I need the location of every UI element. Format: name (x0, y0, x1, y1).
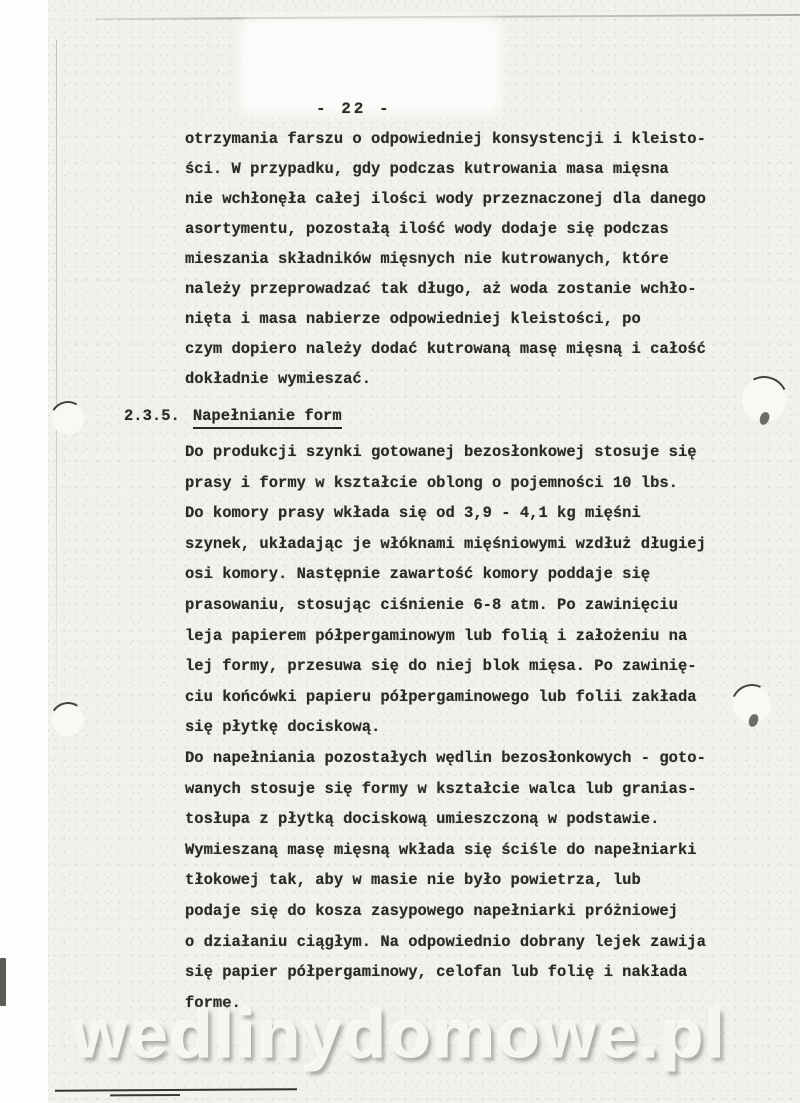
paragraph-continued: otrzymania farszu o odpowiedniej konsyst… (185, 124, 730, 394)
section-heading: 2.3.5.Napełnianie form (124, 407, 342, 425)
section-number: 2.3.5. (124, 407, 180, 425)
scanned-document-page: - 22 - otrzymania farszu o odpowiedniej … (0, 0, 800, 1103)
paragraph-line: ciu końcówki papieru półpergaminowego lu… (185, 682, 730, 713)
paper-edge-shadow (56, 40, 57, 760)
punch-hole-right-bottom (733, 686, 771, 724)
paragraph-line: nięta i masa nabierze odpowiedniej kleis… (185, 304, 730, 334)
section-title: Napełnianie form (193, 407, 342, 429)
paragraph-section-body: Do produkcji szynki gotowanej bezosłonko… (185, 437, 730, 1018)
paragraph-line: leja papierem półpergaminowym lub folią … (185, 621, 730, 652)
paragraph-line: osi komory. Następnie zawartość komory p… (185, 559, 730, 590)
paragraph-line: Do komory prasy wkłada się od 3,9 - 4,1 … (185, 498, 730, 529)
paragraph-line: się płytkę dociskową. (185, 712, 730, 743)
page-number: - 22 - (316, 100, 392, 118)
paragraph-line: o działaniu ciągłym. Na odpowiednio dobr… (185, 927, 730, 958)
paragraph-line: wanych stosuje się formy w kształcie wal… (185, 774, 730, 805)
paragraph-line: czym dopiero należy dodać kutrowaną masę… (185, 334, 730, 364)
paragraph-line: podaje się do kosza zasypowego napełniar… (185, 896, 730, 927)
whiteout-patch (248, 26, 493, 106)
punch-hole-left-top (52, 403, 84, 435)
paragraph-line: asortymentu, pozostałą ilość wody dodaje… (185, 214, 730, 244)
paragraph-line: prasy i formy w kształcie oblong o pojem… (185, 468, 730, 499)
paragraph-line: Do produkcji szynki gotowanej bezosłonko… (185, 437, 730, 468)
punch-hole-right-top (742, 378, 786, 422)
paragraph-line: ści. W przypadku, gdy podczas kutrowania… (185, 154, 730, 184)
punch-hole-left-bottom (52, 704, 84, 736)
paragraph-line: szynek, układając je włóknami mięśniowym… (185, 529, 730, 560)
paragraph-line: otrzymania farszu o odpowiedniej konsyst… (185, 124, 730, 154)
paragraph-line: dokładnie wymieszać. (185, 364, 730, 394)
paragraph-line: tosłupa z płytką dociskową umieszczoną w… (185, 804, 730, 835)
paragraph-line: należy przeprowadzać tak długo, aż woda … (185, 274, 730, 304)
paragraph-line: Do napełniania pozostałych wędlin bezosł… (185, 743, 730, 774)
watermark: wedlinydomowe.pl (73, 995, 727, 1073)
paragraph-line: nie wchłonęła całej ilości wody przeznac… (185, 184, 730, 214)
paragraph-line: prasowaniu, stosując ciśnienie 6-8 atm. … (185, 590, 730, 621)
paragraph-line: Wymieszaną masę mięsną wkłada się ściśle… (185, 835, 730, 866)
paragraph-line: tłokowej tak, aby w masie nie było powie… (185, 865, 730, 896)
scan-edge-smudge (0, 958, 6, 1006)
paragraph-line: mieszania składników mięsnych nie kutrow… (185, 244, 730, 274)
paragraph-line: lej formy, przesuwa się do niej blok mię… (185, 651, 730, 682)
paragraph-line: się papier półpergaminowy, celofan lub f… (185, 957, 730, 988)
